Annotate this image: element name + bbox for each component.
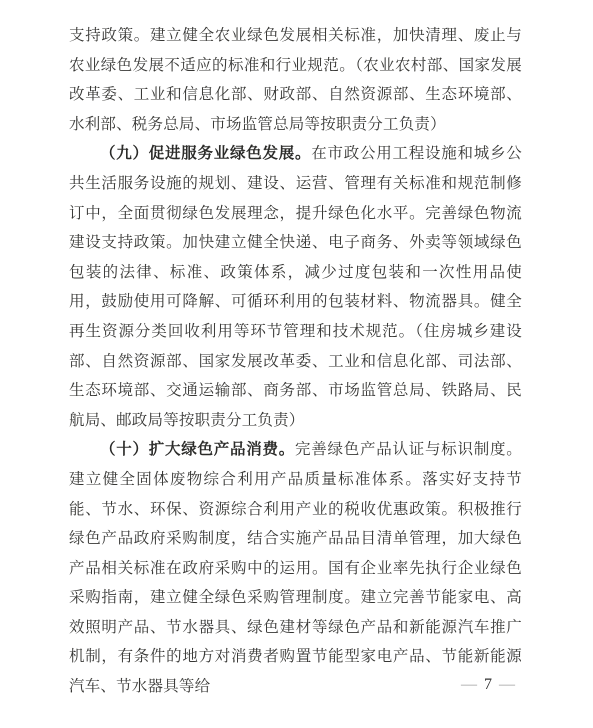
page-number-dash-right: — bbox=[499, 676, 515, 693]
paragraph-item-10: （十）扩大绿色产品消费。完善绿色产品认证与标识制度。建立健全固体废物综合利用产品… bbox=[69, 435, 522, 701]
document-content: 支持政策。建立健全农业绿色发展相关标准，加快清理、废止与农业绿色发展不适应的标准… bbox=[69, 21, 522, 702]
page-number: —7— bbox=[461, 676, 515, 694]
paragraph-item-9: （九）促进服务业绿色发展。在市政公用工程设施和城乡公共生活服务设施的规划、建设、… bbox=[69, 139, 522, 435]
paragraph-item-9-heading: （九）促进服务业绿色发展。 bbox=[100, 145, 311, 162]
document-page: 支持政策。建立健全农业绿色发展相关标准，加快清理、废止与农业绿色发展不适应的标准… bbox=[0, 0, 593, 728]
paragraph-continuation: 支持政策。建立健全农业绿色发展相关标准，加快清理、废止与农业绿色发展不适应的标准… bbox=[69, 21, 522, 139]
page-number-dash-left: — bbox=[461, 676, 477, 693]
paragraph-item-9-body: 在市政公用工程设施和城乡公共生活服务设施的规划、建设、运营、管理有关标准和规范制… bbox=[69, 145, 522, 428]
paragraph-item-10-body: 完善绿色产品认证与标识制度。建立健全固体废物综合利用产品质量标准体系。落实好支持… bbox=[69, 441, 522, 695]
page-number-value: 7 bbox=[484, 676, 492, 693]
paragraph-continuation-body: 支持政策。建立健全农业绿色发展相关标准，加快清理、废止与农业绿色发展不适应的标准… bbox=[69, 27, 522, 133]
paragraph-item-10-heading: （十）扩大绿色产品消费。 bbox=[100, 441, 295, 458]
